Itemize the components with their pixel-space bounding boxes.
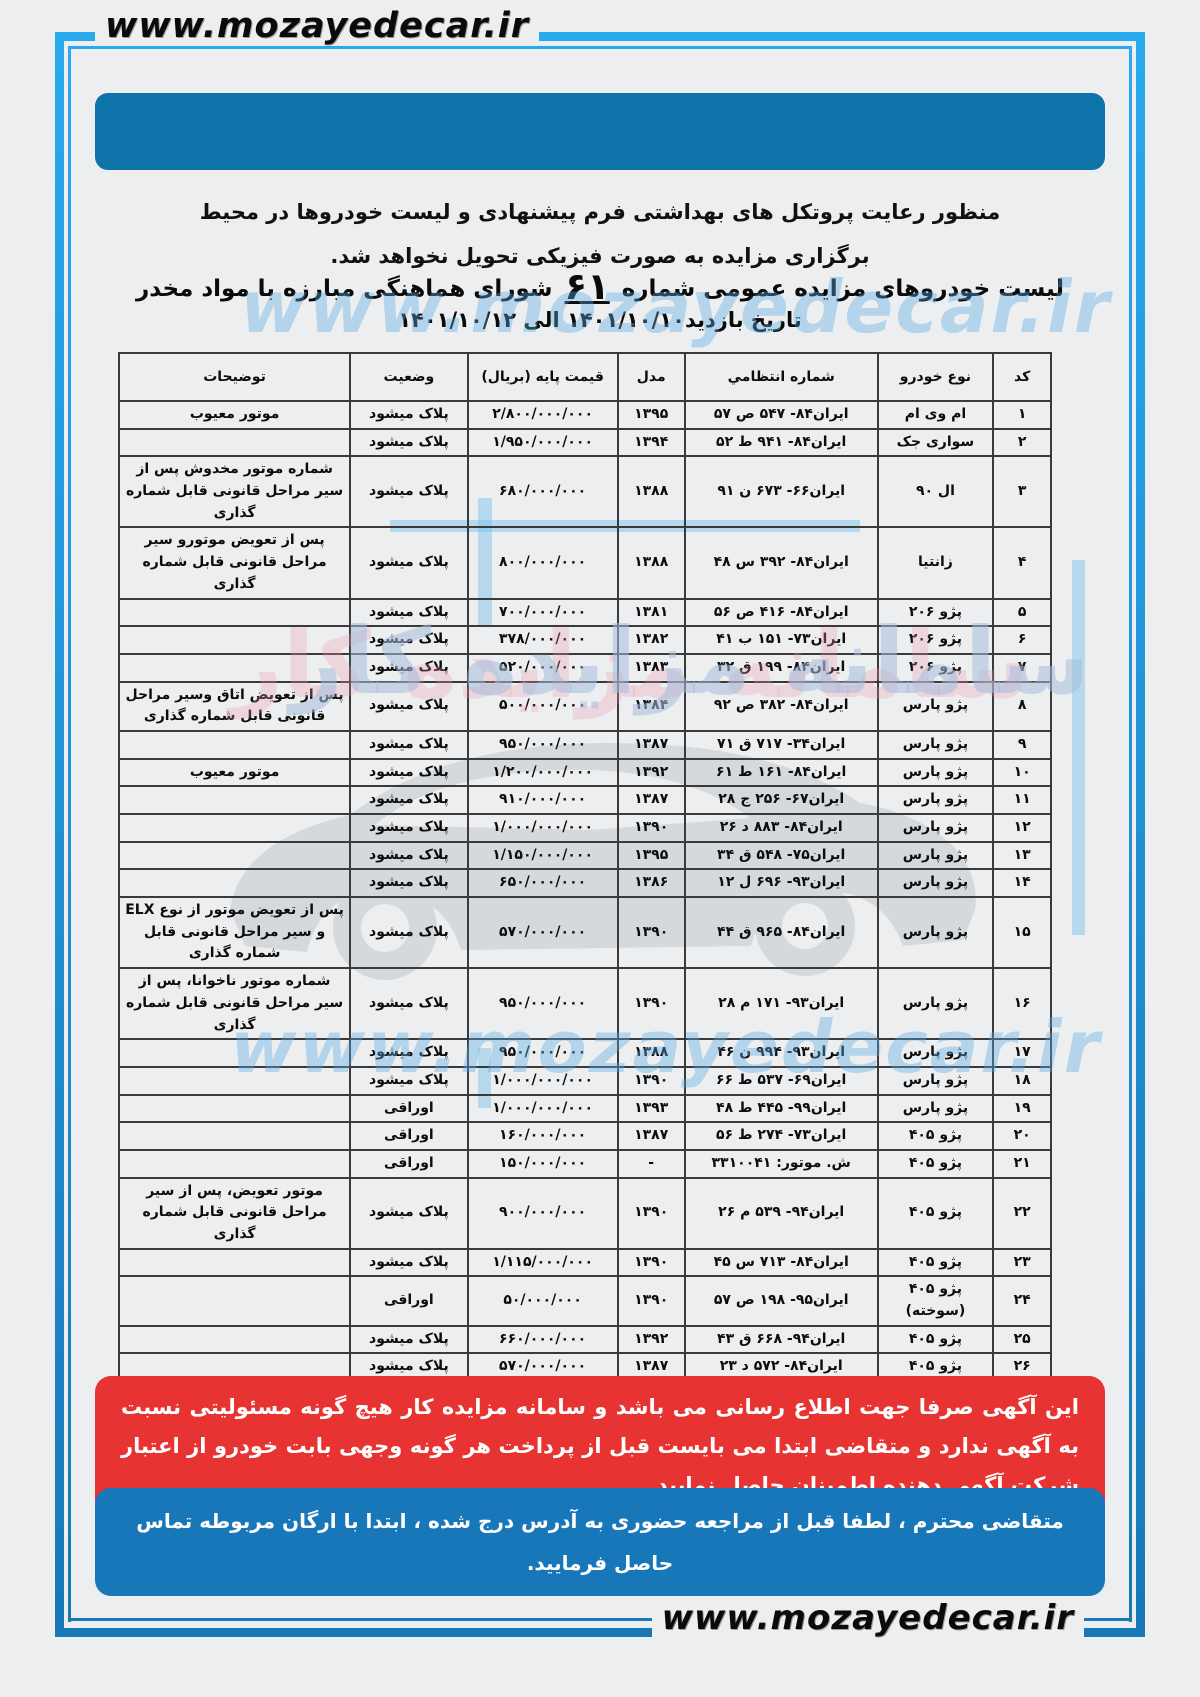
cell-code: ۹ — [993, 731, 1051, 759]
cell-code: ۵ — [993, 599, 1051, 627]
table-row: ۲سواری جکایران۸۴- ۹۴۱ ط ۵۲۱۳۹۴۱/۹۵۰/۰۰۰/… — [119, 429, 1051, 457]
cell-plate-number: ایران۸۴- ۴۱۶ ص ۵۶ — [685, 599, 878, 627]
cell-status: اوراقی — [350, 1095, 467, 1123]
cell-status: پلاک میشود — [350, 1039, 467, 1067]
watermark-shape — [1072, 560, 1085, 935]
cell-code: ۴ — [993, 527, 1051, 598]
cell-code: ۲۴ — [993, 1276, 1051, 1325]
cell-model-year: ۱۳۸۸ — [618, 527, 685, 598]
cell-base-price: ۶۸۰/۰۰۰/۰۰۰ — [468, 456, 618, 527]
cell-model-year: ۱۳۹۰ — [618, 968, 685, 1039]
table-row: ۱۸پژو پارسایران۶۹- ۵۳۷ ط ۶۶۱۳۹۰۱/۰۰۰/۰۰۰… — [119, 1067, 1051, 1095]
cell-plate-number: ایران۹۳- ۱۷۱ م ۲۸ — [685, 968, 878, 1039]
cell-status: پلاک میشود — [350, 1326, 467, 1354]
cell-plate-number: ایران۹۳- ۶۹۶ ل ۱۲ — [685, 869, 878, 897]
cell-status: پلاک میشود — [350, 429, 467, 457]
cell-base-price: ۱/۰۰۰/۰۰۰/۰۰۰ — [468, 1095, 618, 1123]
site-url-footer: www.mozayedecar.ir — [652, 1598, 1084, 1638]
cell-code: ۱۸ — [993, 1067, 1051, 1095]
cell-car-type: ال ۹۰ — [878, 456, 994, 527]
table-row: ۸پژو پارسایران۸۴- ۳۸۲ ص ۹۲۱۳۸۴۵۰۰/۰۰۰/۰۰… — [119, 682, 1051, 731]
cell-car-type: پژو پارس — [878, 1095, 994, 1123]
cell-base-price: ۱/۱۱۵/۰۰۰/۰۰۰ — [468, 1249, 618, 1277]
cell-code: ۶ — [993, 626, 1051, 654]
column-header-status: وضعیت — [350, 353, 467, 401]
cell-model-year: ۱۳۹۳ — [618, 1095, 685, 1123]
cell-car-type: سواری جک — [878, 429, 994, 457]
cell-plate-number: ایران۹۳- ۹۹۴ ن ۴۶ — [685, 1039, 878, 1067]
table-row: ۱۱پژو پارسایران۶۷- ۲۵۶ ج ۲۸۱۳۸۷۹۱۰/۰۰۰/۰… — [119, 786, 1051, 814]
cell-base-price: ۹۵۰/۰۰۰/۰۰۰ — [468, 968, 618, 1039]
cell-plate-number: ایران۶۷- ۲۵۶ ج ۲۸ — [685, 786, 878, 814]
cell-car-type: پژو ۲۰۶ — [878, 626, 994, 654]
auction-number: ۶۱ — [561, 265, 614, 308]
cell-status: پلاک میشود — [350, 682, 467, 731]
cell-code: ۱۲ — [993, 814, 1051, 842]
cell-car-type: پژو پارس — [878, 731, 994, 759]
cell-notes: شماره موتور مخدوش پس از سیر مراحل قانونی… — [119, 456, 350, 527]
cell-plate-number: ایران۸۴- ۱۶۱ ط ۶۱ — [685, 759, 878, 787]
cell-code: ۸ — [993, 682, 1051, 731]
cell-notes: پس از تعویض موتور از نوع ELX و سیر مراحل… — [119, 897, 350, 968]
cell-model-year: ۱۳۸۸ — [618, 1039, 685, 1067]
cell-plate-number: ایران۸۴- ۸۸۳ د ۲۶ — [685, 814, 878, 842]
cell-base-price: ۸۰۰/۰۰۰/۰۰۰ — [468, 527, 618, 598]
cell-status: پلاک میشود — [350, 654, 467, 682]
contact-notice: متقاضی محترم ، لطفا قبل از مراجعه حضوری … — [95, 1488, 1105, 1596]
cell-car-type: پژو پارس — [878, 968, 994, 1039]
cell-base-price: ۱/۰۰۰/۰۰۰/۰۰۰ — [468, 1067, 618, 1095]
cell-code: ۱۷ — [993, 1039, 1051, 1067]
intro-line-1: منظور رعایت پروتکل های بهداشتی فرم پیشنه… — [100, 190, 1100, 234]
cell-notes — [119, 599, 350, 627]
cell-model-year: ۱۳۸۸ — [618, 456, 685, 527]
cell-model-year: ۱۳۹۲ — [618, 1326, 685, 1354]
cell-model-year: ۱۳۹۲ — [618, 759, 685, 787]
cell-notes — [119, 814, 350, 842]
cell-car-type: پژو پارس — [878, 1039, 994, 1067]
cell-code: ۲ — [993, 429, 1051, 457]
cell-model-year: ۱۳۹۰ — [618, 1178, 685, 1249]
cell-code: ۱۳ — [993, 842, 1051, 870]
cell-model-year: ۱۳۸۶ — [618, 869, 685, 897]
cell-plate-number: ایران۸۴- ۹۶۵ ق ۴۴ — [685, 897, 878, 968]
cell-status: پلاک میشود — [350, 527, 467, 598]
cell-base-price: ۱۶۰/۰۰۰/۰۰۰ — [468, 1122, 618, 1150]
cell-plate-number: ایران۳۴- ۷۱۷ ق ۷۱ — [685, 731, 878, 759]
cell-notes — [119, 786, 350, 814]
cars-table-container: کدنوع خودروشماره انتظاميمدلقیمت پایه (بر… — [118, 352, 1052, 1410]
table-row: ۶پژو ۲۰۶ایران۷۳- ۱۵۱ ب ۴۱۱۳۸۲۳۷۸/۰۰۰/۰۰۰… — [119, 626, 1051, 654]
cell-status: اوراقی — [350, 1122, 467, 1150]
cell-model-year: - — [618, 1150, 685, 1178]
cell-code: ۲۲ — [993, 1178, 1051, 1249]
cell-car-type: پژو پارس — [878, 759, 994, 787]
cell-notes — [119, 1039, 350, 1067]
cell-status: پلاک میشود — [350, 1178, 467, 1249]
cell-base-price: ۲/۸۰۰/۰۰۰/۰۰۰ — [468, 401, 618, 429]
cell-model-year: ۱۳۸۷ — [618, 786, 685, 814]
table-row: ۲۲پژو ۴۰۵ایران۹۴- ۵۳۹ م ۲۶۱۳۹۰۹۰۰/۰۰۰/۰۰… — [119, 1178, 1051, 1249]
cell-notes — [119, 731, 350, 759]
cell-car-type: پژو پارس — [878, 897, 994, 968]
cell-code: ۳ — [993, 456, 1051, 527]
frame-top-inner-line — [68, 46, 1132, 49]
cell-plate-number: ایران۹۴- ۵۳۹ م ۲۶ — [685, 1178, 878, 1249]
cell-car-type: پژو پارس — [878, 1067, 994, 1095]
cell-base-price: ۶۵۰/۰۰۰/۰۰۰ — [468, 869, 618, 897]
table-row: ۱۰پژو پارسایران۸۴- ۱۶۱ ط ۶۱۱۳۹۲۱/۲۰۰/۰۰۰… — [119, 759, 1051, 787]
cell-plate-number: ایران۸۴- ۷۱۳ س ۴۵ — [685, 1249, 878, 1277]
cell-plate-number: ایران۹۴- ۶۶۸ ق ۴۳ — [685, 1326, 878, 1354]
cell-notes: موتور تعویض، پس از سیر مراحل قانونی قابل… — [119, 1178, 350, 1249]
title-suffix: شورای هماهنگی مبارزه با مواد مخدر — [136, 276, 553, 302]
cell-code: ۱۹ — [993, 1095, 1051, 1123]
cell-base-price: ۵۰/۰۰۰/۰۰۰ — [468, 1276, 618, 1325]
cell-notes — [119, 869, 350, 897]
cell-status: پلاک میشود — [350, 897, 467, 968]
cell-status: پلاک میشود — [350, 456, 467, 527]
cell-plate-number: ایران۹۵- ۱۹۸ ص ۵۷ — [685, 1276, 878, 1325]
site-url-header: www.mozayedecar.ir — [95, 6, 539, 46]
cell-notes: پس از تعویض اتاق وسیر مراحل قانونی قابل … — [119, 682, 350, 731]
cell-base-price: ۹۵۰/۰۰۰/۰۰۰ — [468, 1039, 618, 1067]
cell-status: پلاک میشود — [350, 731, 467, 759]
cell-notes — [119, 1067, 350, 1095]
cell-base-price: ۱/۲۰۰/۰۰۰/۰۰۰ — [468, 759, 618, 787]
cell-plate-number: ایران۹۹- ۴۴۵ ط ۴۸ — [685, 1095, 878, 1123]
cell-notes — [119, 1326, 350, 1354]
auction-document-page: www.mozayedecar.ir www.mozayedecar.ir من… — [0, 0, 1200, 1697]
cell-code: ۷ — [993, 654, 1051, 682]
cell-notes — [119, 842, 350, 870]
cell-car-type: پژو ۴۰۵ (سوخته) — [878, 1276, 994, 1325]
column-header-plate-number: شماره انتظامي — [685, 353, 878, 401]
table-row: ۱۴پژو پارسایران۹۳- ۶۹۶ ل ۱۲۱۳۸۶۶۵۰/۰۰۰/۰… — [119, 869, 1051, 897]
cell-plate-number: ش. موتور: ۳۳۱۰۰۴۱ — [685, 1150, 878, 1178]
cell-model-year: ۱۳۸۷ — [618, 1122, 685, 1150]
column-header-model-year: مدل — [618, 353, 685, 401]
table-row: ۱۲پژو پارسایران۸۴- ۸۸۳ د ۲۶۱۳۹۰۱/۰۰۰/۰۰۰… — [119, 814, 1051, 842]
cell-status: پلاک میشود — [350, 759, 467, 787]
cell-code: ۱۰ — [993, 759, 1051, 787]
cell-model-year: ۱۳۹۰ — [618, 1276, 685, 1325]
cell-car-type: پژو ۴۰۵ — [878, 1150, 994, 1178]
cell-base-price: ۹۵۰/۰۰۰/۰۰۰ — [468, 731, 618, 759]
cell-base-price: ۵۰۰/۰۰۰/۰۰۰ — [468, 682, 618, 731]
cell-notes — [119, 626, 350, 654]
cell-code: ۲۳ — [993, 1249, 1051, 1277]
cell-plate-number: ایران۸۴- ۳۸۲ ص ۹۲ — [685, 682, 878, 731]
cell-status: پلاک میشود — [350, 626, 467, 654]
table-header-row: کدنوع خودروشماره انتظاميمدلقیمت پایه (بر… — [119, 353, 1051, 401]
cell-plate-number: ایران۶۶- ۶۷۳ ن ۹۱ — [685, 456, 878, 527]
cell-plate-number: ایران۸۴- ۳۹۲ س ۴۸ — [685, 527, 878, 598]
cell-model-year: ۱۳۹۰ — [618, 814, 685, 842]
cell-code: ۱۵ — [993, 897, 1051, 968]
cell-base-price: ۵۷۰/۰۰۰/۰۰۰ — [468, 897, 618, 968]
table-row: ۱۷پژو پارسایران۹۳- ۹۹۴ ن ۴۶۱۳۸۸۹۵۰/۰۰۰/۰… — [119, 1039, 1051, 1067]
column-header-base-price: قیمت پایه (بریال) — [468, 353, 618, 401]
column-header-notes: توضیحات — [119, 353, 350, 401]
cell-plate-number: ایران۷۳- ۱۵۱ ب ۴۱ — [685, 626, 878, 654]
cell-car-type: ام وی ام — [878, 401, 994, 429]
table-row: ۲۴پژو ۴۰۵ (سوخته)ایران۹۵- ۱۹۸ ص ۵۷۱۳۹۰۵۰… — [119, 1276, 1051, 1325]
column-header-car-type: نوع خودرو — [878, 353, 994, 401]
title-prefix: لیست خودروهای مزایده عمومی شماره — [622, 276, 1064, 302]
cell-status: پلاک میشود — [350, 786, 467, 814]
cell-notes — [119, 1122, 350, 1150]
table-row: ۹پژو پارسایران۳۴- ۷۱۷ ق ۷۱۱۳۸۷۹۵۰/۰۰۰/۰۰… — [119, 731, 1051, 759]
cell-notes: موتور معیوب — [119, 759, 350, 787]
cell-car-type: پژو پارس — [878, 814, 994, 842]
cell-base-price: ۱/۰۰۰/۰۰۰/۰۰۰ — [468, 814, 618, 842]
cell-status: پلاک میشود — [350, 869, 467, 897]
cell-base-price: ۱/۱۵۰/۰۰۰/۰۰۰ — [468, 842, 618, 870]
cell-status: پلاک میشود — [350, 814, 467, 842]
table-row: ۱۳پژو پارسایران۷۵- ۵۴۸ ق ۳۴۱۳۹۵۱/۱۵۰/۰۰۰… — [119, 842, 1051, 870]
cars-table: کدنوع خودروشماره انتظاميمدلقیمت پایه (بر… — [118, 352, 1052, 1410]
cell-base-price: ۹۰۰/۰۰۰/۰۰۰ — [468, 1178, 618, 1249]
table-row: ۲۰پژو ۴۰۵ایران۷۳- ۲۷۴ ط ۵۶۱۳۸۷۱۶۰/۰۰۰/۰۰… — [119, 1122, 1051, 1150]
cell-car-type: پژو ۲۰۶ — [878, 654, 994, 682]
cell-plate-number: ایران۸۴- ۹۴۱ ط ۵۲ — [685, 429, 878, 457]
cell-code: ۲۱ — [993, 1150, 1051, 1178]
column-header-code: کد — [993, 353, 1051, 401]
cell-car-type: پژو ۴۰۵ — [878, 1178, 994, 1249]
cell-notes — [119, 1150, 350, 1178]
cell-model-year: ۱۳۹۰ — [618, 1067, 685, 1095]
cell-notes — [119, 654, 350, 682]
cell-code: ۱۴ — [993, 869, 1051, 897]
cell-base-price: ۹۱۰/۰۰۰/۰۰۰ — [468, 786, 618, 814]
cell-car-type: پژو پارس — [878, 842, 994, 870]
table-row: ۲۵پژو ۴۰۵ایران۹۴- ۶۶۸ ق ۴۳۱۳۹۲۶۶۰/۰۰۰/۰۰… — [119, 1326, 1051, 1354]
cell-code: ۲۵ — [993, 1326, 1051, 1354]
cell-base-price: ۱/۹۵۰/۰۰۰/۰۰۰ — [468, 429, 618, 457]
cell-model-year: ۱۳۸۱ — [618, 599, 685, 627]
cell-code: ۱ — [993, 401, 1051, 429]
cell-car-type: زانتیا — [878, 527, 994, 598]
cell-model-year: ۱۳۸۲ — [618, 626, 685, 654]
visit-date: تاریخ بازدید۱۴۰۱/۱۰/۱۰ الی ۱۴۰۱/۱۰/۱۲ — [100, 308, 1100, 332]
cell-model-year: ۱۳۹۵ — [618, 842, 685, 870]
table-row: ۲۳پژو ۴۰۵ایران۸۴- ۷۱۳ س ۴۵۱۳۹۰۱/۱۱۵/۰۰۰/… — [119, 1249, 1051, 1277]
cell-status: پلاک میشود — [350, 1249, 467, 1277]
cell-notes: موتور معیوب — [119, 401, 350, 429]
cell-model-year: ۱۳۹۵ — [618, 401, 685, 429]
cell-car-type: پژو پارس — [878, 869, 994, 897]
page-title: لیست خودروهای مزایده عمومی شماره ۶۱ شورا… — [60, 262, 1140, 305]
cell-base-price: ۵۲۰/۰۰۰/۰۰۰ — [468, 654, 618, 682]
cell-notes: شماره موتور ناخوانا، پس از سیر مراحل قان… — [119, 968, 350, 1039]
table-row: ۱۵پژو پارسایران۸۴- ۹۶۵ ق ۴۴۱۳۹۰۵۷۰/۰۰۰/۰… — [119, 897, 1051, 968]
table-row: ۵پژو ۲۰۶ایران۸۴- ۴۱۶ ص ۵۶۱۳۸۱۷۰۰/۰۰۰/۰۰۰… — [119, 599, 1051, 627]
cell-car-type: پژو پارس — [878, 682, 994, 731]
cell-car-type: پژو ۴۰۵ — [878, 1122, 994, 1150]
cell-base-price: ۶۶۰/۰۰۰/۰۰۰ — [468, 1326, 618, 1354]
table-row: ۱۹پژو پارسایران۹۹- ۴۴۵ ط ۴۸۱۳۹۳۱/۰۰۰/۰۰۰… — [119, 1095, 1051, 1123]
cell-model-year: ۱۳۸۷ — [618, 731, 685, 759]
cell-status: پلاک میشود — [350, 401, 467, 429]
cell-notes — [119, 1276, 350, 1325]
cell-status: پلاک میشود — [350, 842, 467, 870]
cell-status: اوراقی — [350, 1150, 467, 1178]
cell-notes — [119, 1249, 350, 1277]
table-row: ۴زانتیاایران۸۴- ۳۹۲ س ۴۸۱۳۸۸۸۰۰/۰۰۰/۰۰۰پ… — [119, 527, 1051, 598]
cell-status: پلاک میشود — [350, 968, 467, 1039]
header-band — [95, 93, 1105, 170]
table-row: ۳ال ۹۰ایران۶۶- ۶۷۳ ن ۹۱۱۳۸۸۶۸۰/۰۰۰/۰۰۰پل… — [119, 456, 1051, 527]
cell-car-type: پژو ۴۰۵ — [878, 1249, 994, 1277]
cell-model-year: ۱۳۹۰ — [618, 897, 685, 968]
cell-plate-number: ایران۸۴- ۱۹۹ ق ۳۲ — [685, 654, 878, 682]
cell-car-type: پژو ۴۰۵ — [878, 1326, 994, 1354]
cell-notes — [119, 429, 350, 457]
cell-model-year: ۱۳۸۴ — [618, 682, 685, 731]
cell-code: ۱۱ — [993, 786, 1051, 814]
cell-status: پلاک میشود — [350, 1067, 467, 1095]
table-row: ۱۶پژو پارسایران۹۳- ۱۷۱ م ۲۸۱۳۹۰۹۵۰/۰۰۰/۰… — [119, 968, 1051, 1039]
cell-base-price: ۷۰۰/۰۰۰/۰۰۰ — [468, 599, 618, 627]
cell-notes: پس از تعویض موتورو سیر مراحل قانونی قابل… — [119, 527, 350, 598]
cell-status: پلاک میشود — [350, 599, 467, 627]
cell-code: ۱۶ — [993, 968, 1051, 1039]
table-row: ۲۱پژو ۴۰۵ش. موتور: ۳۳۱۰۰۴۱-۱۵۰/۰۰۰/۰۰۰او… — [119, 1150, 1051, 1178]
cell-plate-number: ایران۷۳- ۲۷۴ ط ۵۶ — [685, 1122, 878, 1150]
cell-model-year: ۱۳۹۰ — [618, 1249, 685, 1277]
table-row: ۷پژو ۲۰۶ایران۸۴- ۱۹۹ ق ۳۲۱۳۸۳۵۲۰/۰۰۰/۰۰۰… — [119, 654, 1051, 682]
cell-status: اوراقی — [350, 1276, 467, 1325]
cell-car-type: پژو ۲۰۶ — [878, 599, 994, 627]
cell-base-price: ۱۵۰/۰۰۰/۰۰۰ — [468, 1150, 618, 1178]
cell-plate-number: ایران۷۵- ۵۴۸ ق ۳۴ — [685, 842, 878, 870]
cell-code: ۲۰ — [993, 1122, 1051, 1150]
cell-plate-number: ایران۶۹- ۵۳۷ ط ۶۶ — [685, 1067, 878, 1095]
cell-model-year: ۱۳۸۳ — [618, 654, 685, 682]
cell-car-type: پژو پارس — [878, 786, 994, 814]
cell-model-year: ۱۳۹۴ — [618, 429, 685, 457]
table-row: ۱ام وی امایران۸۴- ۵۴۷ ص ۵۷۱۳۹۵۲/۸۰۰/۰۰۰/… — [119, 401, 1051, 429]
cell-notes — [119, 1095, 350, 1123]
cell-base-price: ۳۷۸/۰۰۰/۰۰۰ — [468, 626, 618, 654]
cell-plate-number: ایران۸۴- ۵۴۷ ص ۵۷ — [685, 401, 878, 429]
